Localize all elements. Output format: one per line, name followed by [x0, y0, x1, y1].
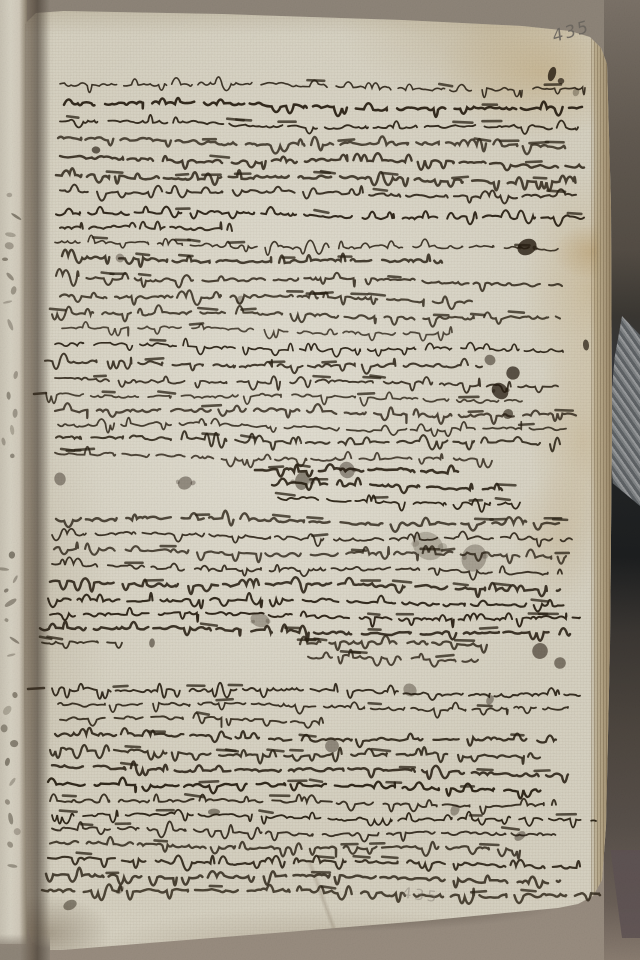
manuscript-page [22, 6, 612, 952]
facing-page-edge [0, 0, 27, 944]
manuscript-photo: 435 435 [0, 0, 640, 960]
table-corner-patch [0, 934, 50, 960]
paper-crease [277, 861, 367, 931]
